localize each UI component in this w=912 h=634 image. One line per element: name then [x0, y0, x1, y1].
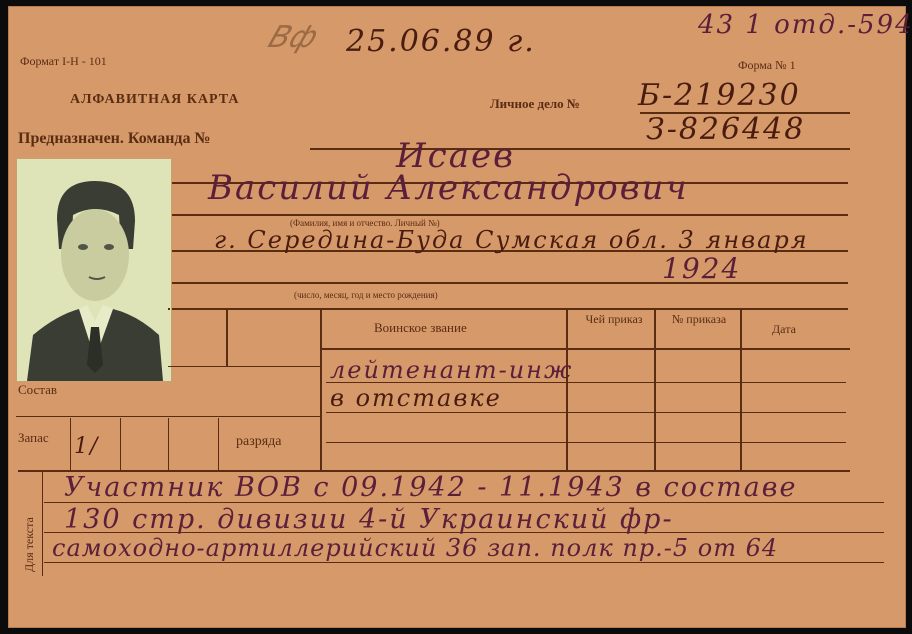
rule-line — [310, 148, 850, 150]
composition-label: Состав — [18, 382, 57, 398]
text-line-2: 130 стр. дивизии 4-й Украинский фр- — [64, 504, 674, 535]
header-date: Дата — [772, 322, 796, 337]
birth-year: 1924 — [662, 252, 741, 285]
grid-divider — [226, 310, 228, 366]
table-row-line — [326, 442, 846, 443]
birth-caption: (число, месяц, год и место рождения) — [294, 290, 438, 300]
portrait-image — [17, 159, 171, 381]
personal-file-number-1: Б-219230 — [638, 78, 801, 113]
category-label: разряда — [236, 434, 282, 450]
reserve-label: Запас — [18, 430, 49, 446]
stamp-initials: Вф — [264, 20, 323, 55]
rule-line — [168, 282, 848, 284]
portrait-photo — [16, 158, 172, 382]
alphabetic-card: Вф 25.06.89 г. 43 1 отд.-594 Формат I-Н … — [8, 6, 906, 628]
table-header-bottom — [320, 348, 850, 350]
first-and-patronymic: Василий Александрович — [208, 168, 689, 208]
rank-line-1: лейтенант-инж — [330, 356, 573, 384]
text-line-3: самоходно-артиллерийский 36 зап. полк пр… — [52, 534, 778, 562]
rule-line — [168, 308, 848, 310]
text-rule — [44, 562, 884, 563]
rank-line-2: в отставке — [330, 384, 502, 412]
table-left-border — [320, 310, 322, 472]
birthplace-line: г. Середина-Буда Сумская обл. 3 января — [214, 226, 809, 254]
text-line-1: Участник ВОВ с 09.1942 - 11.1943 в соста… — [64, 472, 797, 503]
text-section-label: Для текста — [22, 517, 37, 572]
grid-line — [168, 366, 320, 367]
rule-line — [168, 214, 848, 216]
grid-line — [16, 416, 322, 417]
card-title: АЛФАВИТНАЯ КАРТА — [70, 92, 240, 108]
personal-file-label: Личное дело № — [490, 96, 580, 112]
handwritten-date: 25.06.89 г. — [346, 24, 536, 59]
header-rank: Воинское звание — [374, 320, 467, 336]
header-order-number: № приказа — [664, 312, 734, 326]
archive-reference: 43 1 отд.-594 — [698, 10, 912, 40]
table-row-line — [326, 412, 846, 413]
header-whose-order: Чей приказ — [584, 312, 644, 326]
personal-file-number-2: З-826448 — [646, 112, 805, 147]
assigned-team-label: Предназначен. Команда № — [18, 130, 211, 148]
reserve-mark: 1/ — [74, 434, 99, 459]
form-label: Форма № 1 — [738, 58, 796, 73]
format-label: Формат I-Н - 101 — [20, 54, 107, 69]
